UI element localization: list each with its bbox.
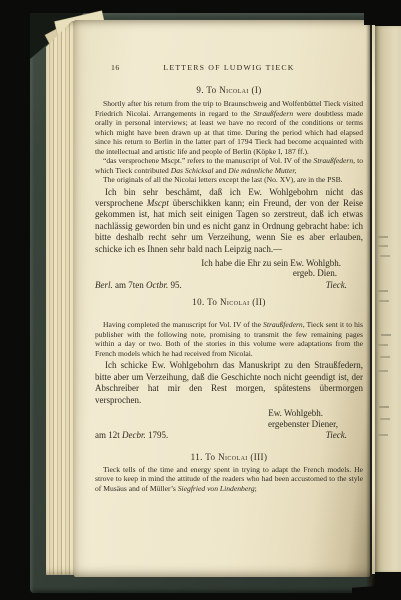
background-shadow-bottom-right [352, 584, 401, 600]
page-content: 16 LETTERS OF LUDWIG TIECK 9. To Nicolai… [95, 20, 363, 493]
letter-dateline: am 12t Decbr. 1795. Tieck. [95, 430, 363, 441]
section-heading-letter-10: 10. To Nicolai (II) [95, 297, 363, 307]
letter-closing-line: ergebenster Diener, [95, 419, 363, 430]
background-shadow-top-right [364, 0, 401, 25]
letter-signature: Tieck. [326, 280, 347, 291]
photo-background: 16 LETTERS OF LUDWIG TIECK 9. To Nicolai… [0, 0, 401, 600]
page-number: 16 [111, 63, 120, 72]
book-page: 16 LETTERS OF LUDWIG TIECK 9. To Nicolai… [74, 20, 370, 577]
editorial-note-paragraph: Having completed the manuscript for Vol.… [95, 320, 363, 358]
dateline-place-date: Berl. am 7ten Octbr. 95. [95, 280, 182, 291]
letter-closing-line: ergeb. Dien. [95, 268, 363, 279]
letter-closing-line: Ew. Wohlgebh. [95, 408, 363, 419]
editorial-note-paragraph: The originals of all the Nicolai letters… [95, 175, 363, 185]
page-header: 16 LETTERS OF LUDWIG TIECK [95, 63, 363, 74]
facing-page-sliver [375, 26, 401, 572]
page-edges-stack [46, 21, 76, 575]
editorial-note-paragraph: “das versprochene Mscpt.” refers to the … [95, 156, 363, 175]
dateline-place-date: am 12t Decbr. 1795. [95, 430, 168, 441]
section-heading-letter-9: 9. To Nicolai (I) [95, 85, 363, 95]
letter-signature: Tieck. [326, 430, 347, 441]
running-header: LETTERS OF LUDWIG TIECK [95, 63, 363, 72]
letter-closing-line: Ich habe die Ehr zu sein Ew. Wohlgbh. [95, 258, 363, 269]
section-heading-letter-11: 11. To Nicolai (III) [95, 452, 363, 462]
letter-body-paragraph: Ich bin sehr beschämt, daß ich Ew. Wohlg… [95, 187, 363, 255]
editorial-note-paragraph: Tieck tells of the time and energy spent… [95, 465, 363, 494]
facing-page-text-marks [378, 236, 388, 238]
letter-body-paragraph: Ich schicke Ew. Wohlgebohrn das Manuskri… [95, 360, 363, 406]
editorial-note-paragraph: Shortly after his return from the trip t… [95, 99, 363, 156]
letter-dateline: Berl. am 7ten Octbr. 95. Tieck. [95, 280, 363, 291]
